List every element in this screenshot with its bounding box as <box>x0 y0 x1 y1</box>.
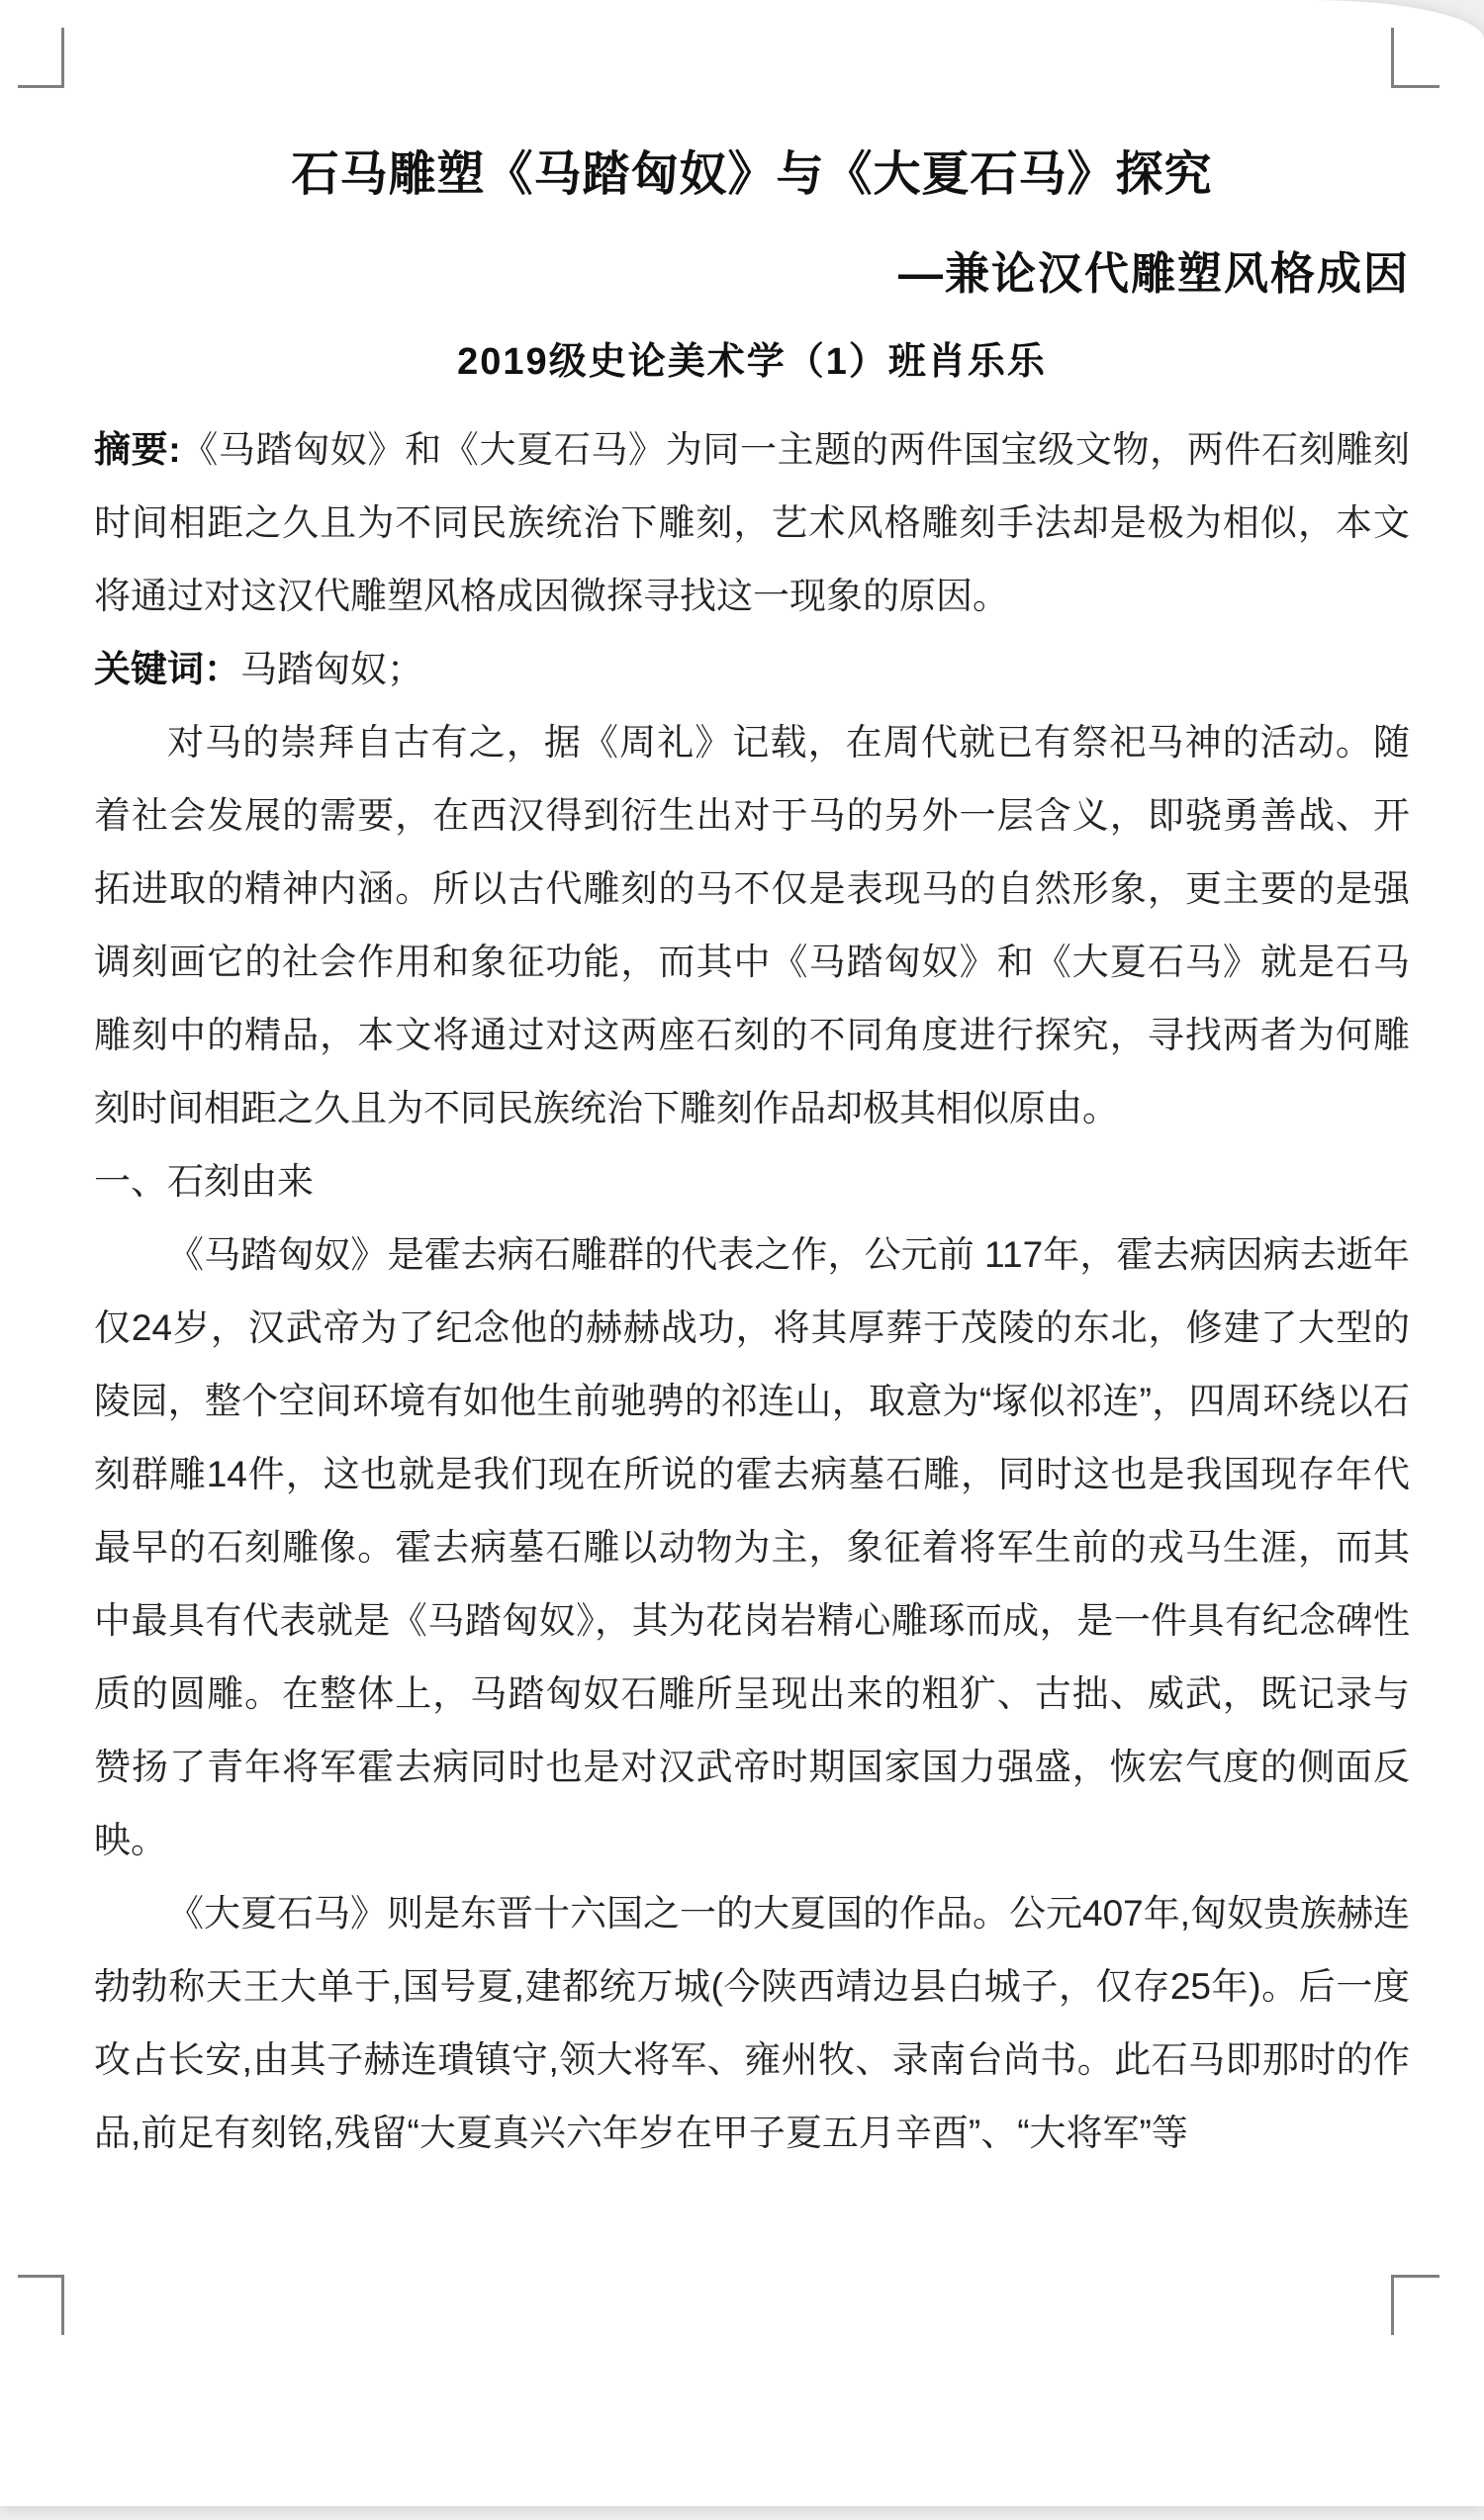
section1-paragraph-2: 《大夏石马》则是东晋十六国之一的大夏国的作品。公元407年,匈奴贵族赫连勃勃称天… <box>94 1877 1410 2170</box>
crop-mark-bottom-right <box>1391 2275 1439 2335</box>
paper-subtitle: —兼论汉代雕塑风格成因 <box>94 247 1410 301</box>
crop-mark-bottom-left <box>18 2275 64 2335</box>
keywords-label: 关键词： <box>94 649 240 689</box>
paper-title: 石马雕塑《马踏匈奴》与《大夏石马》探究 <box>94 146 1410 204</box>
section-heading-1: 一、石刻由来 <box>94 1145 1410 1218</box>
document-content: 石马雕塑《马踏匈奴》与《大夏石马》探究 —兼论汉代雕塑风格成因 2019级史论美… <box>94 146 1410 2170</box>
document-page-card: 石马雕塑《马踏匈奴》与《大夏石马》探究 —兼论汉代雕塑风格成因 2019级史论美… <box>0 0 1484 2506</box>
crop-mark-top-left <box>18 28 64 88</box>
abstract-paragraph: 摘要:《马踏匈奴》和《大夏石马》为同一主题的两件国宝级文物，两件石刻雕刻时间相距… <box>94 413 1410 633</box>
crop-mark-top-right <box>1391 28 1439 88</box>
keywords-text: 马踏匈奴； <box>240 649 423 689</box>
section1-paragraph-1: 《马踏匈奴》是霍去病石雕群的代表之作，公元前 117年，霍去病因病去逝年仅24岁… <box>94 1218 1410 1877</box>
abstract-text: 《马踏匈奴》和《大夏石马》为同一主题的两件国宝级文物，两件石刻雕刻时间相距之久且… <box>94 429 1410 616</box>
keywords-paragraph: 关键词：马踏匈奴； <box>94 633 1410 706</box>
intro-paragraph: 对马的崇拜自古有之，据《周礼》记载，在周代就已有祭祀马神的活动。随着社会发展的需… <box>94 706 1410 1145</box>
abstract-label: 摘要: <box>94 429 181 470</box>
author-line: 2019级史论美术学（1）班肖乐乐 <box>94 338 1410 386</box>
